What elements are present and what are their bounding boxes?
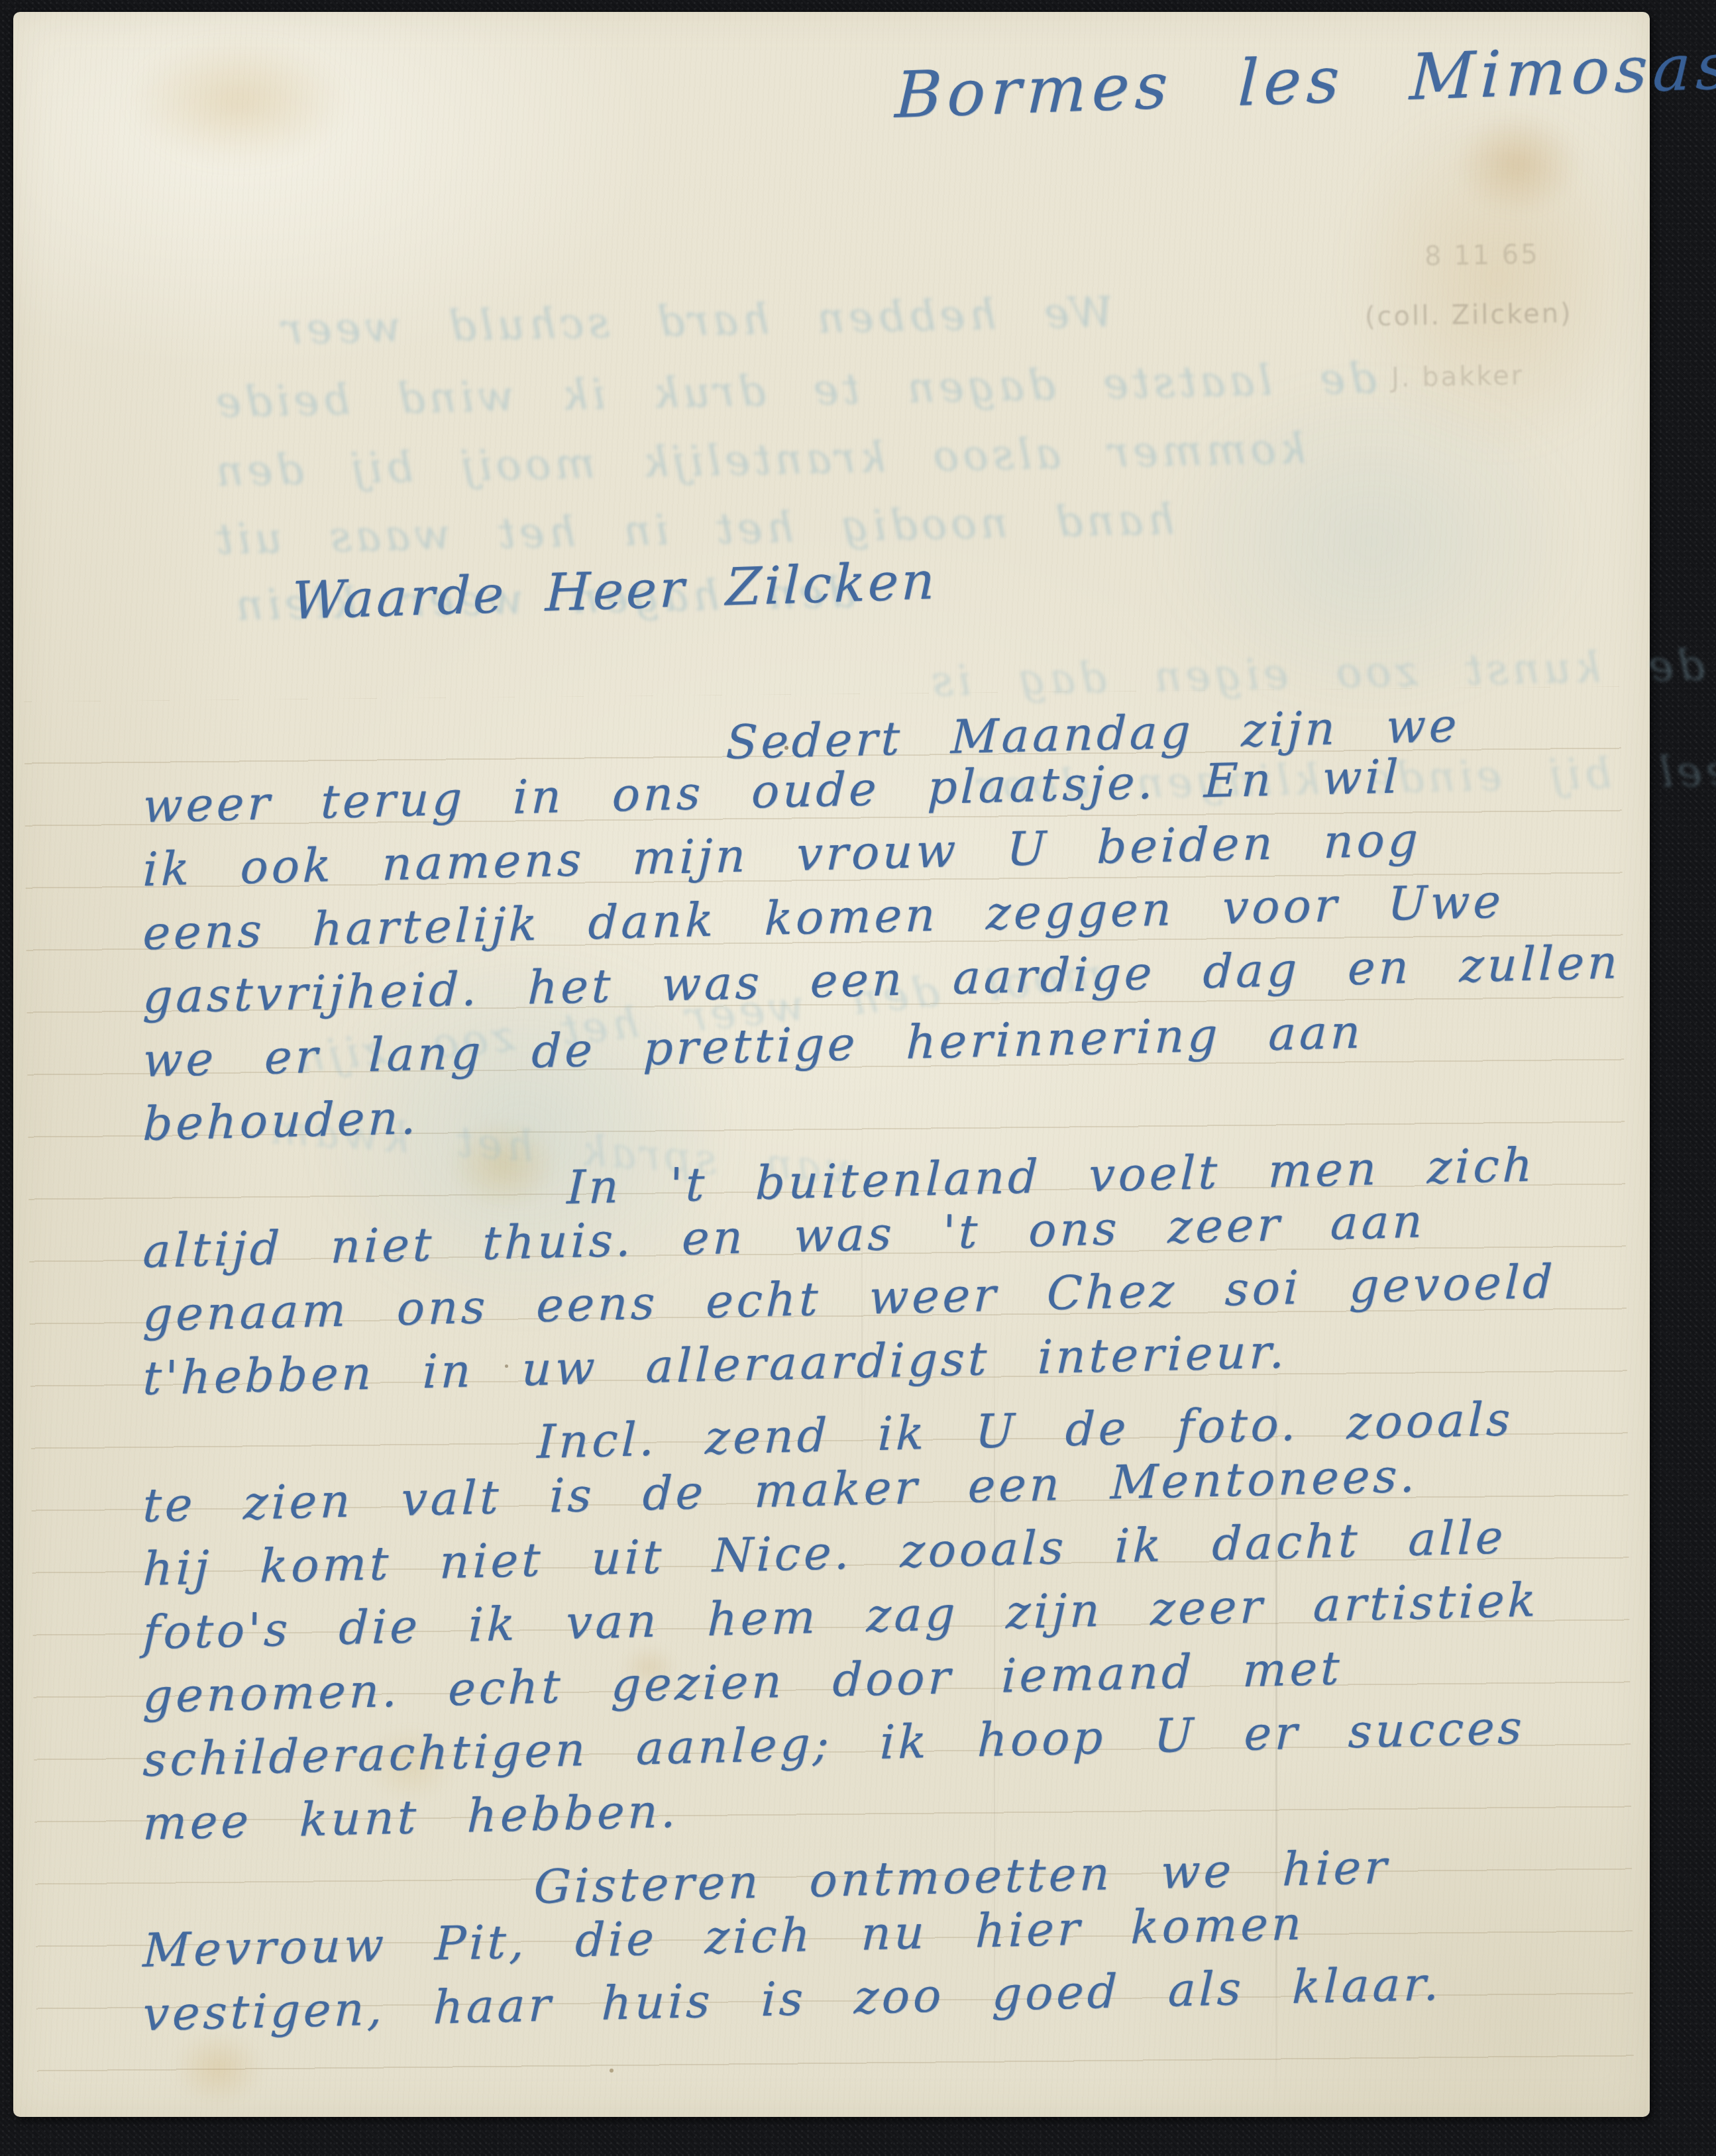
pencil-annotation-digits: 8 11 65 [1424,239,1540,272]
paper-stain [1444,105,1590,224]
bleedthrough-line: We hebben hard schuld weer [278,288,1114,354]
letter-paper: We hebben hard schuld weer de laatste da… [13,12,1650,2117]
pencil-annotation-name: J. bakker [1391,360,1525,393]
letter-salutation: Waarde Heer Zilcken [292,551,938,631]
paper-stain [1332,85,1663,469]
letter-location-header: Bormes les Mimosas [894,29,1716,132]
letter-scan-page: { "document_type": "handwritten letter (… [0,0,1716,2156]
letter-line: behouden. [142,1090,420,1151]
bleedthrough-line: de laatste dagen te druk ik wind beide [211,354,1377,428]
pencil-annotation-collection: (coll. Zilcken) [1365,298,1573,332]
paper-stain [119,32,358,171]
bleedthrough-line: hand noodig het in het waas uit [211,495,1175,564]
bleedthrough-line: kommer alsoo krantelijk mooij bij den [211,425,1306,497]
